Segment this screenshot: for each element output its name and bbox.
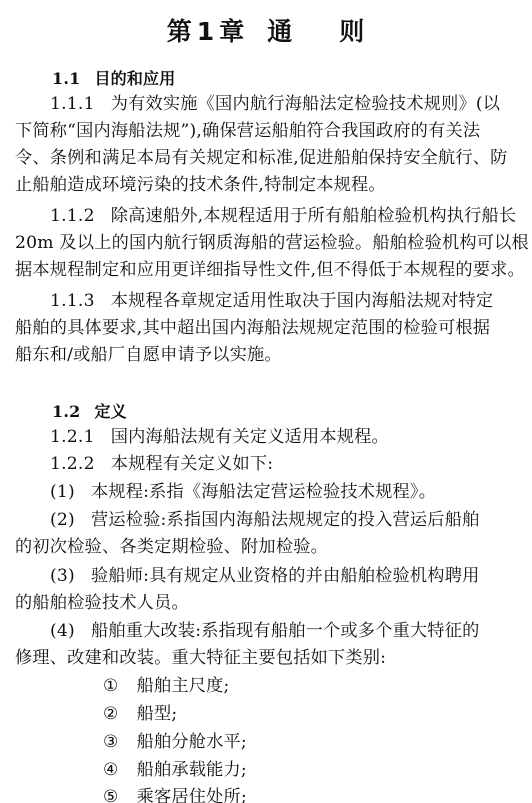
clause-number: 1.2.1 <box>50 427 95 447</box>
section-number: 1.1 <box>52 69 80 88</box>
section-title: 目的和应用 <box>94 69 175 88</box>
definition-number: (3) <box>50 566 75 586</box>
definition-line: 的初次检验、各类定期检验、附加检验。 <box>15 534 523 561</box>
category-item: ⑤乘客居住处所; <box>103 784 532 803</box>
clause-line: 船舶的具体要求,其中超出国内海船法规规定范围的检验可根据 <box>15 315 523 342</box>
clause-text: 国内海船法规有关定义适用本规程。 <box>111 427 389 447</box>
clause-number: 1.2.2 <box>50 454 95 474</box>
chapter-suffix: 章 <box>219 17 245 46</box>
clause-text: 本规程各章规定适用性取决于国内海船法规对特定 <box>111 291 494 311</box>
section-heading-1-2: 1.2定义 <box>52 398 532 425</box>
clause-number: 1.1.1 <box>50 94 95 114</box>
category-item: ③船舶分舱水平; <box>103 729 532 756</box>
clause-text: 除高速船外,本规程适用于所有船舶检验机构执行船长 <box>111 206 517 226</box>
definition-1: (1)本规程:系指《海船法定营运检验技术规程》。 <box>50 479 523 506</box>
category-text: 船型; <box>137 704 178 724</box>
category-number: ① <box>103 676 119 696</box>
clause-1-2-2: 1.2.2本规程有关定义如下: <box>50 451 523 478</box>
definition-number: (4) <box>50 621 75 641</box>
category-text: 船舶主尺度; <box>137 676 230 696</box>
clause-line: 船东和/或船厂自愿申请予以实施。 <box>15 342 523 369</box>
clause-number: 1.1.2 <box>50 206 95 226</box>
category-item: ④船舶承载能力; <box>103 757 532 784</box>
section-number: 1.2 <box>52 402 80 421</box>
category-number: ② <box>103 704 119 724</box>
definition-text: 验船师:具有规定从业资格的并由船舶检验机构聘用 <box>91 566 480 586</box>
definition-4: (4)船舶重大改装:系指现有船舶一个或多个重大特征的 <box>50 618 523 645</box>
definition-2: (2)营运检验:系指国内海船法规规定的投入营运后船舶 <box>50 507 523 534</box>
definition-text: 本规程:系指《海船法定营运检验技术规程》。 <box>91 482 436 502</box>
section-title: 定义 <box>94 402 126 421</box>
definition-number: (2) <box>50 510 75 530</box>
clause-1-2-1: 1.2.1国内海船法规有关定义适用本规程。 <box>50 424 523 451</box>
chapter-word-2: 则 <box>339 17 365 46</box>
clause-text: 为有效实施《国内航行海船法定检验技术规则》(以 <box>111 94 500 114</box>
chapter-prefix: 第 <box>167 17 193 46</box>
category-text: 船舶承载能力; <box>137 760 247 780</box>
definition-line: 修理、改建和改装。重大特征主要包括如下类别: <box>15 645 523 672</box>
category-item: ①船舶主尺度; <box>103 673 532 700</box>
category-item: ②船型; <box>103 701 532 728</box>
document-page: 第1章通则 1.1目的和应用 1.1.1为有效实施《国内航行海船法定检验技术规则… <box>0 0 532 803</box>
clause-1-1-2: 1.1.2除高速船外,本规程适用于所有船舶检验机构执行船长 <box>50 203 523 230</box>
section-heading-1-1: 1.1目的和应用 <box>52 65 532 92</box>
category-number: ⑤ <box>103 787 119 803</box>
clause-line: 令、条例和满足本局有关规定和标准,促进船舶保持安全航行、防 <box>15 145 523 172</box>
clause-1-1-3: 1.1.3本规程各章规定适用性取决于国内海船法规对特定 <box>50 288 523 315</box>
category-number: ③ <box>103 732 119 752</box>
chapter-title: 第1章通则 <box>0 12 532 48</box>
chapter-word-1: 通 <box>267 17 293 46</box>
category-text: 乘客居住处所; <box>137 787 247 803</box>
clause-line: 下简称“国内海船法规”),确保营运船舶符合我国政府的有关法 <box>15 118 523 145</box>
definition-number: (1) <box>50 482 75 502</box>
category-text: 船舶分舱水平; <box>137 732 247 752</box>
clause-line: 止船舶造成环境污染的技术条件,特制定本规程。 <box>15 172 523 199</box>
clause-text: 本规程有关定义如下: <box>111 454 273 474</box>
definition-3: (3)验船师:具有规定从业资格的并由船舶检验机构聘用 <box>50 563 523 590</box>
clause-1-1-1: 1.1.1为有效实施《国内航行海船法定检验技术规则》(以 <box>50 91 523 118</box>
chapter-number: 1 <box>197 17 215 46</box>
clause-number: 1.1.3 <box>50 291 95 311</box>
clause-line: 20m 及以上的国内航行钢质海船的营运检验。船舶检验机构可以根 <box>15 230 523 257</box>
definition-line: 的船舶检验技术人员。 <box>15 590 523 617</box>
definition-text: 营运检验:系指国内海船法规规定的投入营运后船舶 <box>91 510 480 530</box>
category-number: ④ <box>103 760 119 780</box>
definition-text: 船舶重大改装:系指现有船舶一个或多个重大特征的 <box>91 621 480 641</box>
clause-line: 据本规程制定和应用更详细指导性文件,但不得低于本规程的要求。 <box>15 257 523 284</box>
